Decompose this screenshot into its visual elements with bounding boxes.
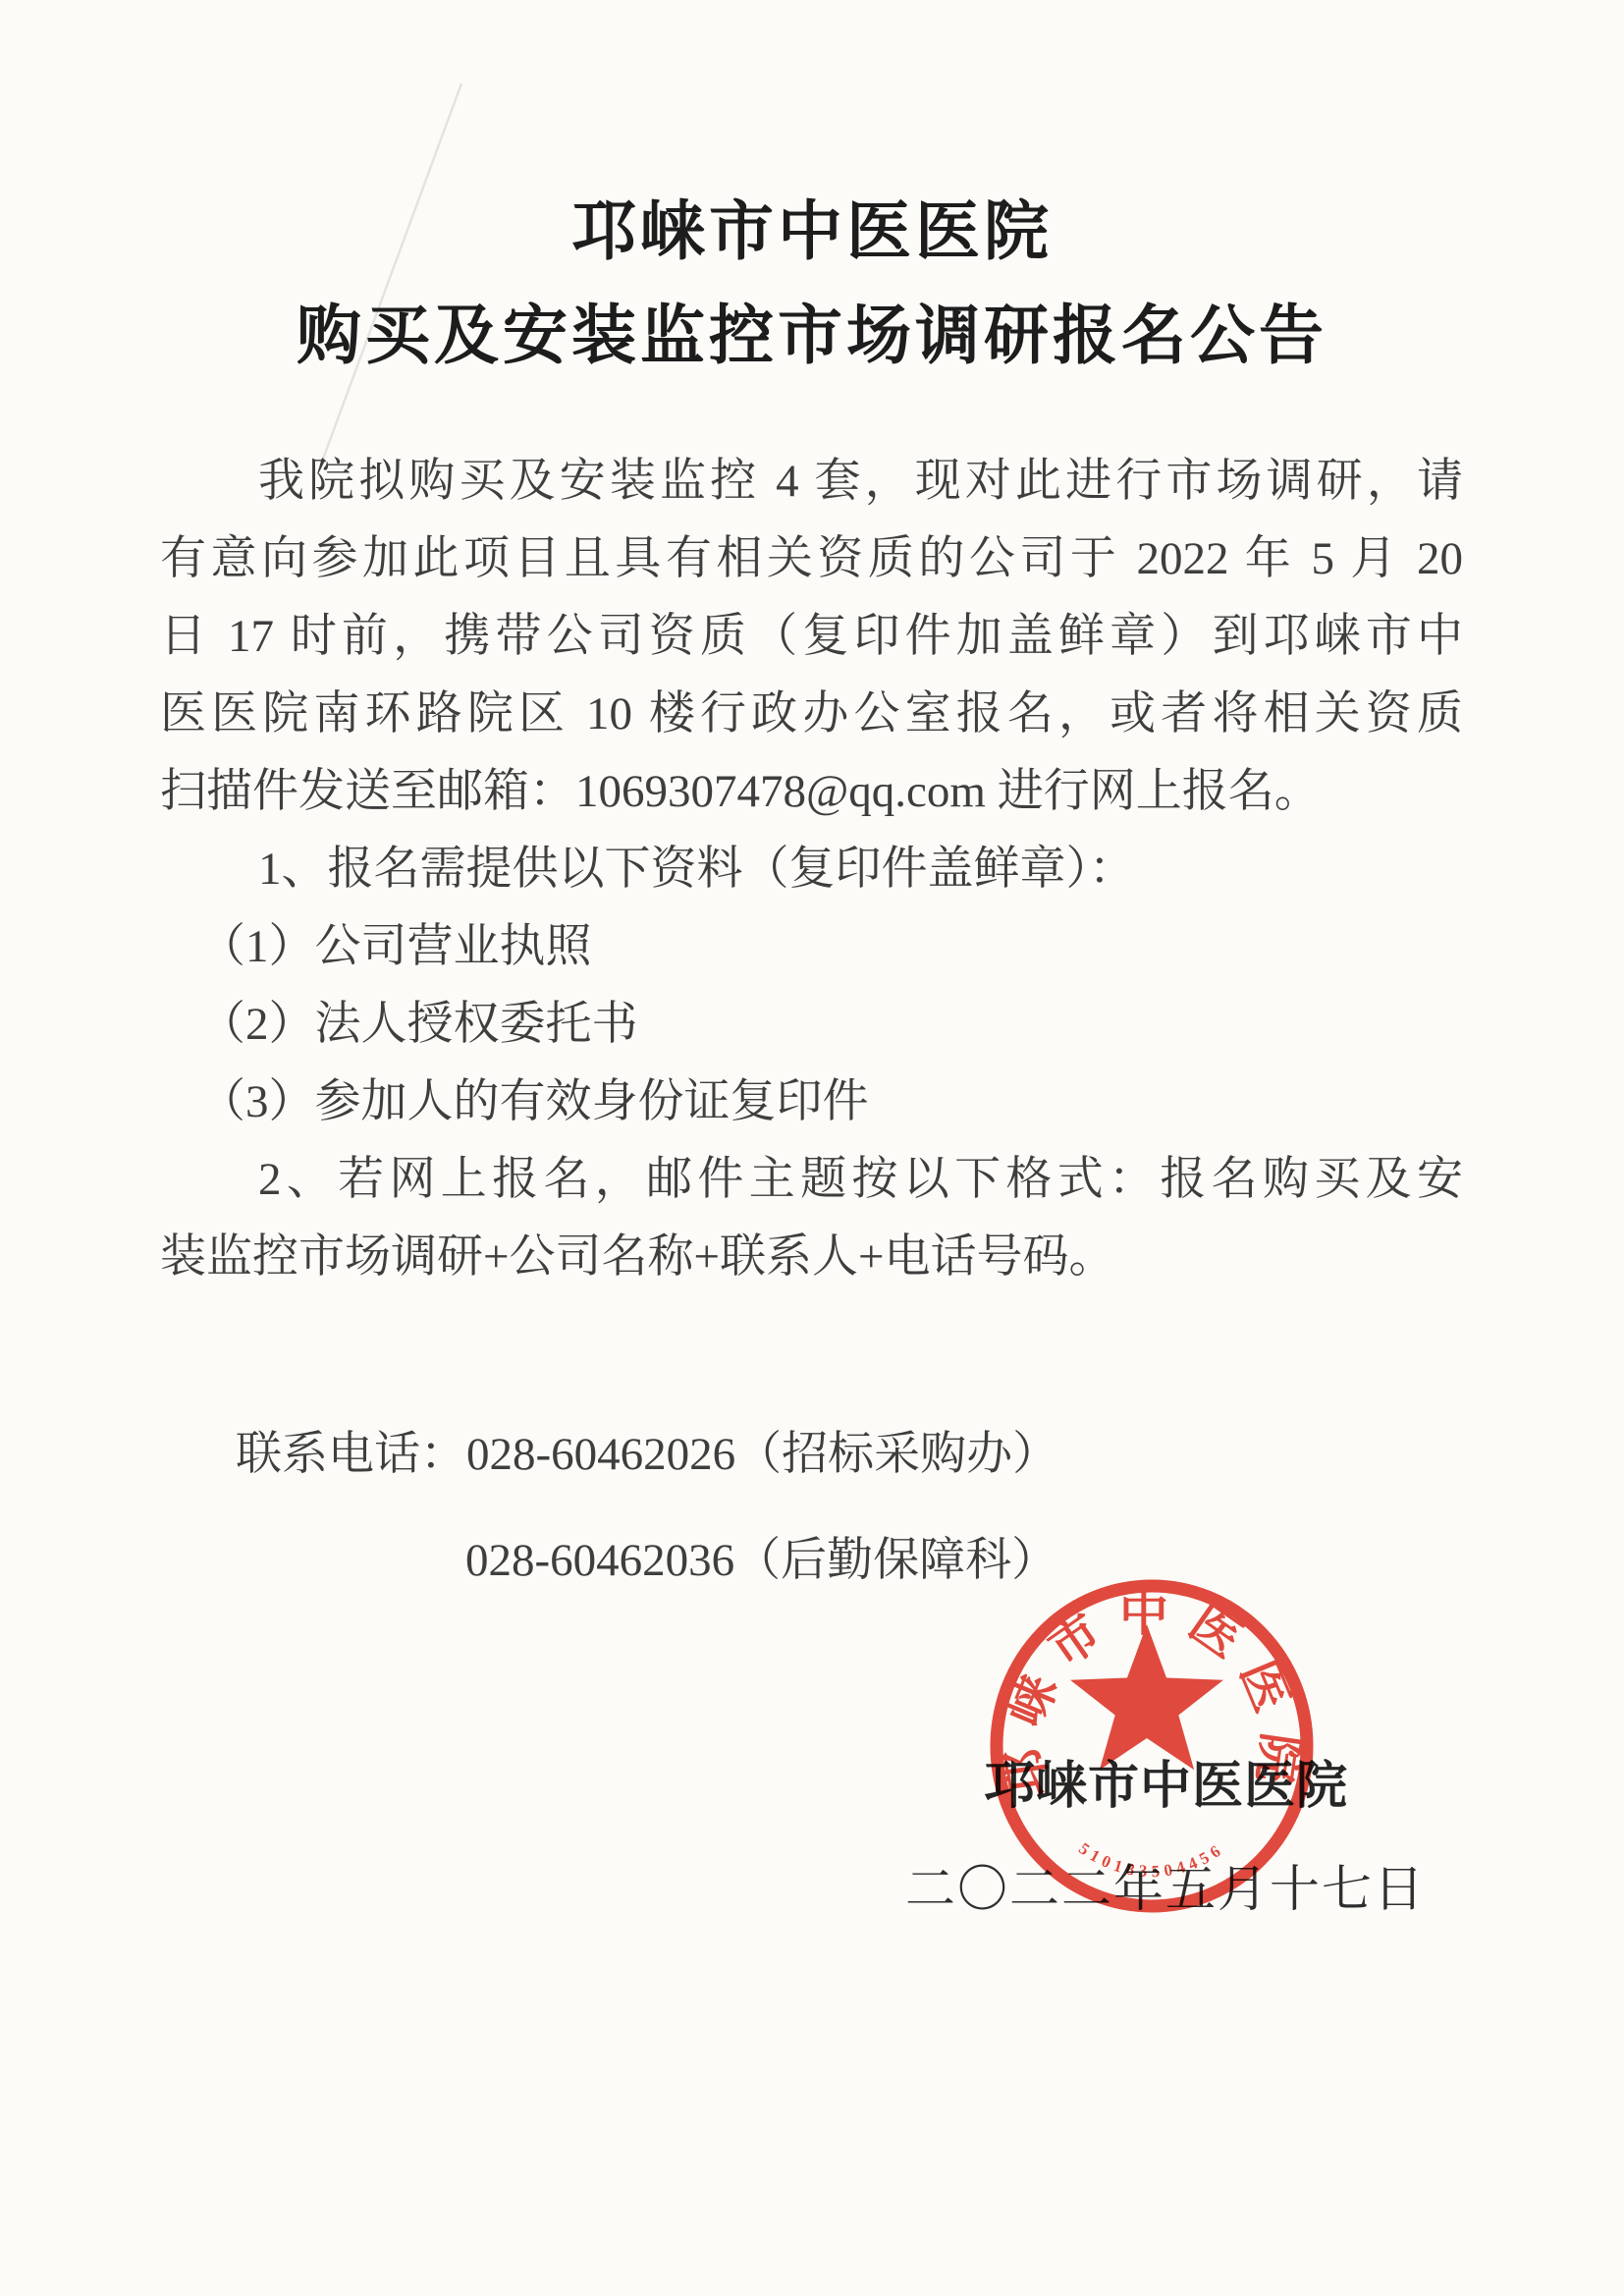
body-line: 装监控市场调研+公司名称+联系人+电话号码。 [160, 1219, 1463, 1296]
contact-phone-1: 联系电话：028-60462026（招标采购办） [236, 1417, 1058, 1483]
body-line-subitem-2: （2）法人授权委托书 [160, 986, 1463, 1064]
official-seal-stamp: 邛崃市中医医院 510183504456 [987, 1567, 1321, 1926]
body-line-item-1: 1、报名需提供以下资料（复印件盖鲜章）： [160, 831, 1463, 908]
scanned-announcement-page: 邛崃市中医医院 购买及安装监控市场调研报名公告 我院拟购买及安装监控 4 套，现… [0, 0, 1624, 2296]
body-line-item-2: 2、若网上报名，邮件主题按以下格式：报名购买及安 [160, 1141, 1463, 1219]
seal-number-text-path: 510183504456 [1075, 1839, 1227, 1882]
body-line: 医医院南环路院区 10 楼行政办公室报名，或者将相关资质 [160, 676, 1463, 753]
seal-number-text: 510183504456 [1075, 1839, 1227, 1882]
contact-phone-2: 028-60462036（后勤保障科） [465, 1523, 1057, 1589]
body-line-subitem-1: （1）公司营业执照 [160, 908, 1463, 986]
body-line-subitem-3: （3）参加人的有效身份证复印件 [160, 1064, 1463, 1141]
body-line: 扫描件发送至邮箱：1069307478@qq.com 进行网上报名。 [160, 753, 1463, 831]
announcement-body: 我院拟购买及安装监控 4 套，现对此进行市场调研，请 有意向参加此项目且具有相关… [160, 443, 1463, 1296]
body-line: 日 17 时前，携带公司资质（复印件加盖鲜章）到邛崃市中 [160, 598, 1463, 676]
document-title-subject: 购买及安装监控市场调研报名公告 [0, 283, 1624, 376]
body-line: 我院拟购买及安装监控 4 套，现对此进行市场调研，请 [160, 443, 1463, 520]
document-title-org: 邛崃市中医医院 [0, 179, 1624, 272]
body-line: 有意向参加此项目且具有相关资质的公司于 2022 年 5 月 20 [160, 520, 1463, 598]
